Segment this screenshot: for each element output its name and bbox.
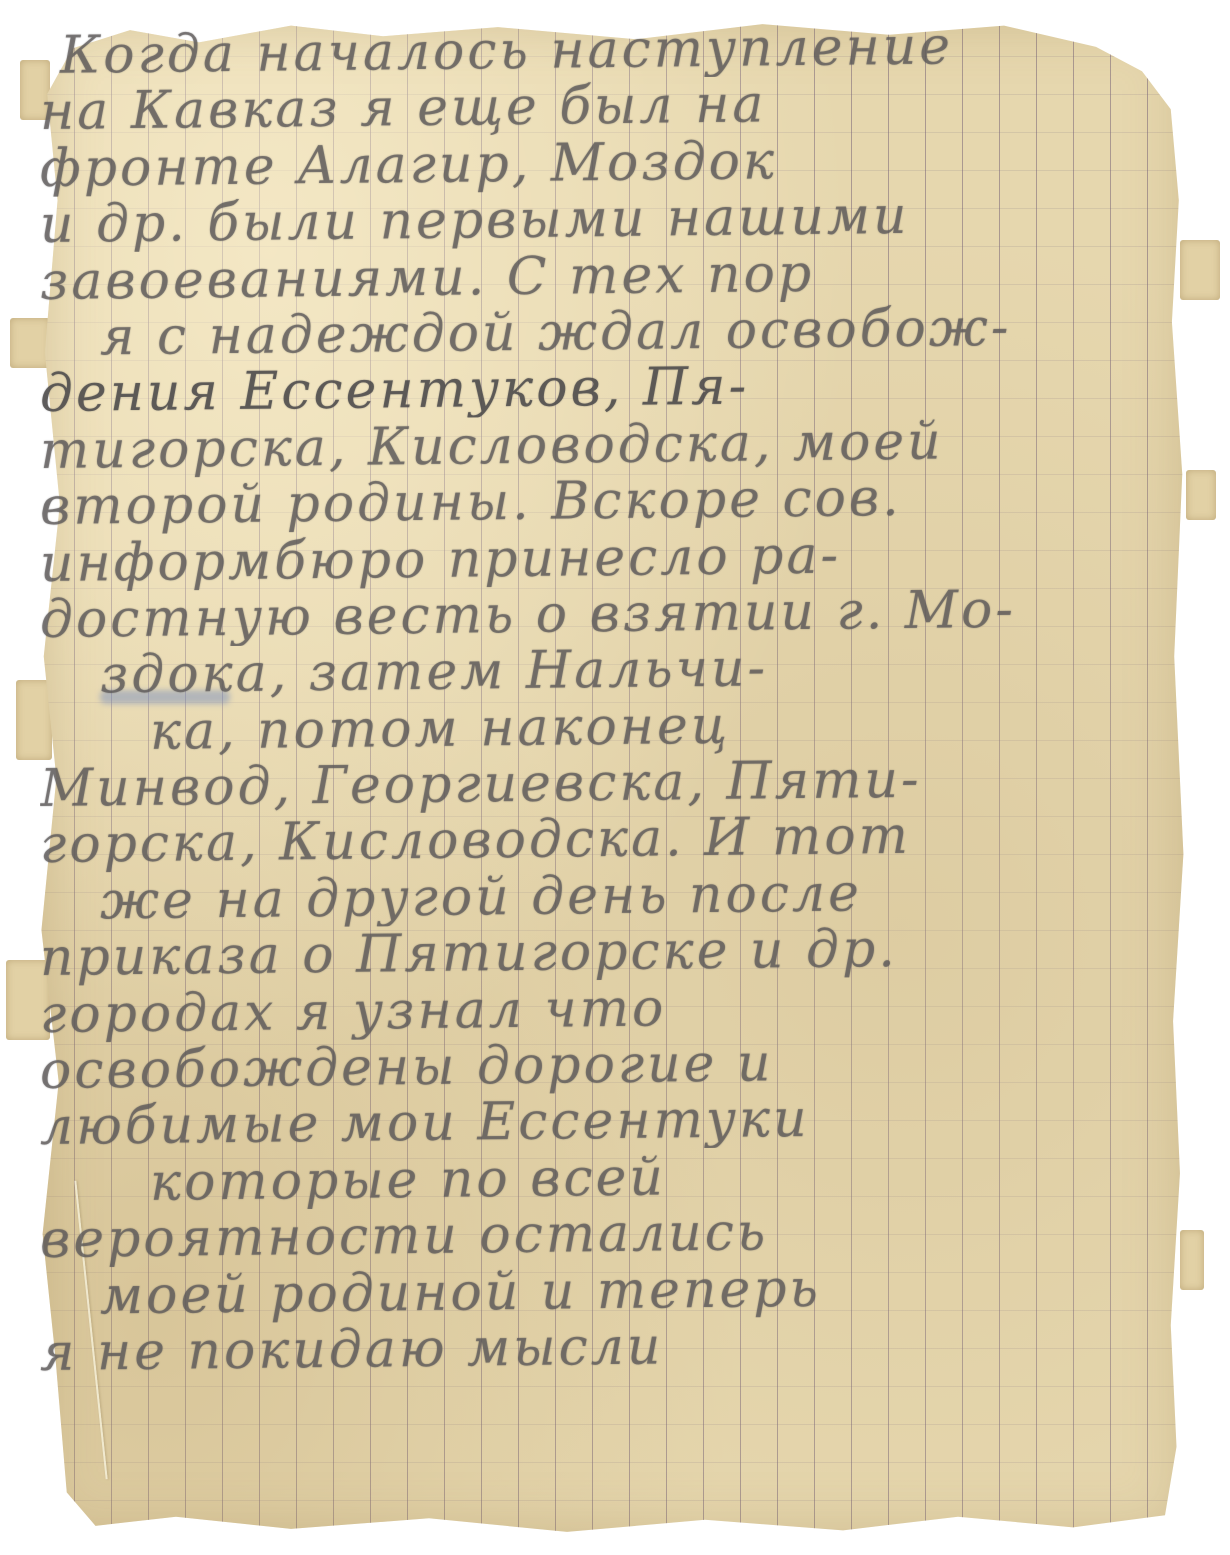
text-line: я не покидаю мысли bbox=[40, 1313, 1191, 1381]
handwritten-text: Когда началось наступление на Кавказ я е… bbox=[40, 28, 1190, 1381]
torn-paper-edge bbox=[1186, 470, 1216, 520]
